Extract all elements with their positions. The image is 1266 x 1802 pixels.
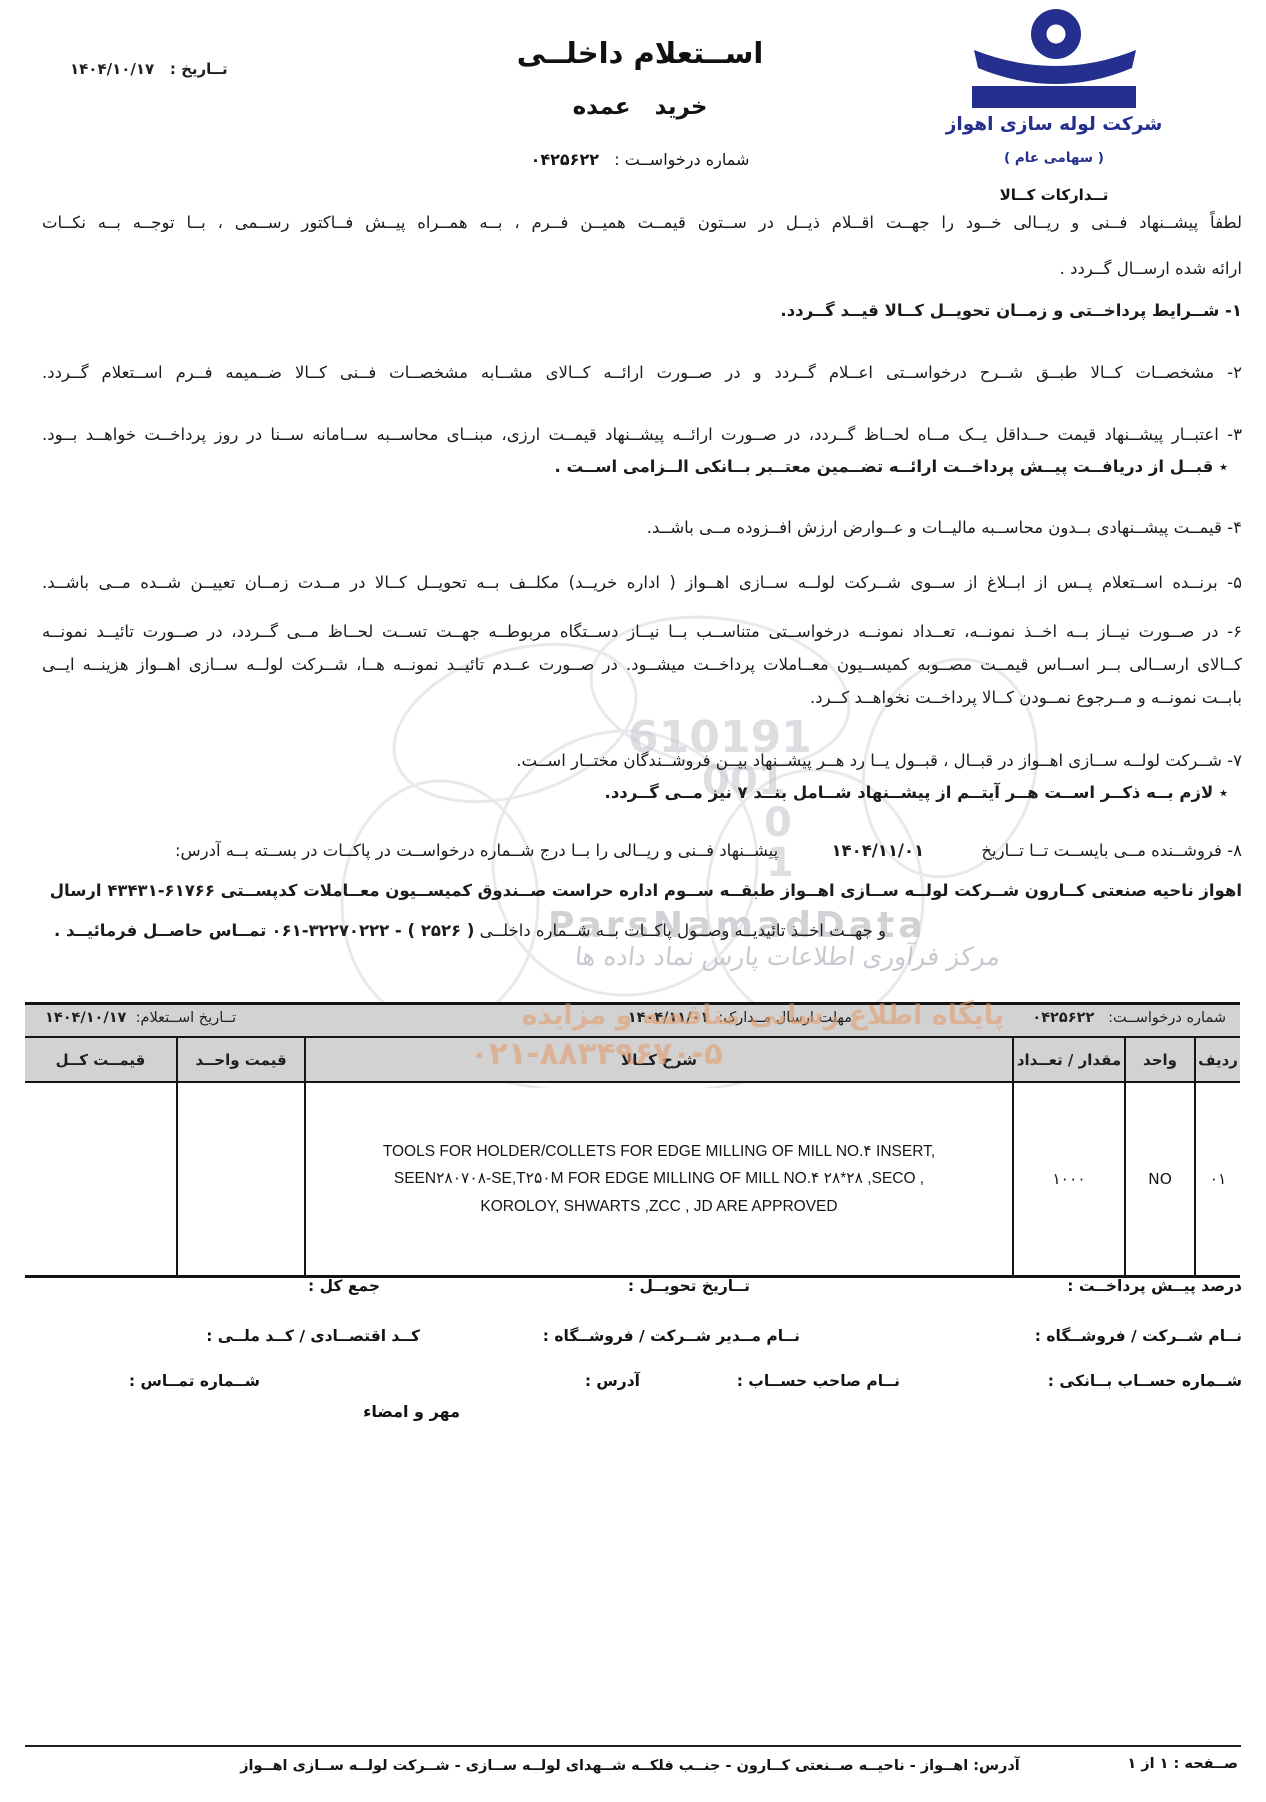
- intro-line-2: ارائه شده ارســال گــردد .: [1060, 258, 1242, 280]
- department-title: تــدارکات کــالا: [938, 186, 1170, 204]
- header-date-value: ۱۴۰۴/۱۰/۱۷: [70, 60, 154, 78]
- col-header-unit-price: قیمت واحــد: [178, 1038, 306, 1081]
- intro-line-1: لطفاً پیشــنهاد فــنی و ریــالی خــود را…: [42, 212, 1242, 234]
- page-subtitle: خرید عمده: [380, 94, 900, 120]
- col-header-row-no: ردیف: [1196, 1038, 1240, 1081]
- info-inquiry-date-value: ۱۴۰۴/۱۰/۱۷: [45, 1010, 126, 1026]
- term-item-8-date: ۱۴۰۴/۱۱/۰۱: [831, 841, 924, 860]
- page-number: صــفحه : ۱ از ۱: [1127, 1756, 1238, 1772]
- inquiry-table: شماره درخواســت: ۰۴۲۵۶۲۲ مهلت ارسال مــد…: [25, 1002, 1240, 1278]
- offer-field-address: آدرس :: [585, 1372, 640, 1390]
- col-header-qty: مقدار / تعــداد: [1014, 1038, 1126, 1081]
- footer-divider: [25, 1745, 1241, 1747]
- offer-field-prepayment: درصد پیــش پرداخــت :: [1067, 1277, 1242, 1295]
- term-item-8-line-1: ۸- فروشــنده مــی بایســت تــا تــاریخ ۱…: [175, 840, 1242, 862]
- footer-address: آدرس: اهــواز - ناحیــه صــنعتی کــارون …: [180, 1758, 1080, 1774]
- term-item-6-line-2: کــالای ارســالی بــر اســاس قیمــت مصــ…: [42, 654, 1242, 676]
- term-item-3-note: ٭ قبــل از دریافــت پیــش پرداخــت ارائـ…: [554, 456, 1228, 478]
- offer-field-account-holder: نــام صاحب حســاب :: [737, 1372, 900, 1390]
- term-item-6-line-3: بابــت نمونــه و مــرجوع نمــودن کــالا …: [810, 687, 1242, 709]
- info-request-number: شماره درخواســت: ۰۴۲۵۶۲۲: [1032, 1010, 1226, 1026]
- term-item-8-line-3-text: و جهــت اخــذ تائیدیــه وصــول پاکــات ب…: [480, 921, 886, 940]
- offer-field-contact: شــماره تمــاس :: [129, 1372, 260, 1390]
- table-header-row: قیمــت کــل قیمت واحــد شرح کــالا مقدار…: [25, 1038, 1240, 1083]
- company-name: شرکت لوله سازی اهواز: [938, 114, 1170, 135]
- term-item-8-text-1: ۸- فروشــنده مــی بایســت تــا تــاریخ: [981, 841, 1242, 860]
- offer-field-manager: نــام مــدیر شــرکت / فروشــگاه :: [543, 1327, 800, 1345]
- stamp-signature-label: مهر و امضاء: [363, 1402, 460, 1421]
- info-deadline-label: مهلت ارسال مــدارک:: [718, 1010, 852, 1026]
- info-deadline: مهلت ارسال مــدارک: ۱۴۰۴/۱۱/۰۱: [628, 1010, 852, 1026]
- request-number-label: شماره درخواســت :: [614, 150, 749, 169]
- term-item-4: ۴- قیمــت پیشــنهادی بــدون محاســبه مال…: [647, 517, 1242, 539]
- info-request-label: شماره درخواســت:: [1108, 1010, 1226, 1026]
- cell-qty: ۱۰۰۰: [1014, 1083, 1126, 1275]
- term-item-8-phone: ( ۲۵۲۶ ) - ۳۲۲۷۰۲۲۲-۰۶۱: [272, 921, 475, 940]
- term-item-2: ۲- مشخصــات کــالا طبــق شــرح درخواســت…: [42, 362, 1242, 384]
- offer-field-economic-code: کــد اقتصــادی / کــد ملــی :: [206, 1327, 420, 1345]
- offer-field-delivery-date: تــاریخ تحویــل :: [628, 1277, 750, 1295]
- table-row: TOOLS FOR HOLDER/COLLETS FOR EDGE MILLIN…: [25, 1083, 1240, 1275]
- offer-field-bank-account: شــماره حســاب بــانکی :: [1048, 1372, 1242, 1390]
- cell-unit: NO: [1126, 1083, 1196, 1275]
- col-header-description: شرح کــالا: [306, 1038, 1014, 1081]
- term-item-8-text-2: پیشــنهاد فــنی و ریــالی را بــا درج شـ…: [175, 841, 778, 860]
- cell-description: TOOLS FOR HOLDER/COLLETS FOR EDGE MILLIN…: [306, 1083, 1014, 1275]
- cell-row-no: ۰۱: [1196, 1083, 1240, 1275]
- table-info-row: شماره درخواســت: ۰۴۲۵۶۲۲ مهلت ارسال مــد…: [25, 1005, 1240, 1038]
- offer-field-grand-total: جمع کل :: [308, 1277, 380, 1295]
- term-item-7: ۷- شــرکت لولــه ســازی اهــواز در قبــا…: [516, 750, 1242, 772]
- term-item-5: ۵- برنــده اســتعلام پــس از ابــلاغ از …: [42, 572, 1242, 594]
- cell-unit-price: [178, 1083, 306, 1275]
- term-item-8-line-3: و جهــت اخــذ تائیدیــه وصــول پاکــات ب…: [54, 920, 886, 942]
- info-request-value: ۰۴۲۵۶۲۲: [1032, 1010, 1094, 1026]
- info-inquiry-date: تــاریخ اســتعلام: ۱۴۰۴/۱۰/۱۷: [45, 1010, 236, 1026]
- request-number-value: ۰۴۲۵۶۲۲: [531, 150, 599, 169]
- page-title: اســتعلام داخلــی: [380, 36, 900, 70]
- watermark-center-text: مرکز فرآوری اطلاعات پارس نماد داده ها: [573, 942, 1001, 971]
- term-item-8-line-2: اهواز ناحیه صنعتی کــارون شــرکت لولــه …: [50, 880, 1242, 902]
- term-item-6-line-1: ۶- در صــورت نیــاز بــه اخــذ نمونــه، …: [42, 621, 1242, 643]
- term-item-8-line-3-end: تمــاس حاصــل فرمائیــد .: [54, 921, 266, 940]
- term-item-3: ۳- اعتبــار پیشــنهاد قیمت حــداقل یــک …: [42, 424, 1242, 446]
- info-deadline-value: ۱۴۰۴/۱۱/۰۱: [628, 1010, 709, 1026]
- col-header-total-price: قیمــت کــل: [25, 1038, 178, 1081]
- company-type: ( سهامی عام ): [938, 150, 1170, 166]
- header-date-label: تــاریخ :: [170, 60, 228, 78]
- request-number: شماره درخواســت : ۰۴۲۵۶۲۲: [380, 150, 900, 169]
- info-inquiry-date-label: تــاریخ اســتعلام:: [136, 1010, 237, 1026]
- document-page: 610191 001 0 1 ParsNamadData مرکز فرآوری…: [0, 0, 1266, 1802]
- offer-field-company: نــام شــرکت / فروشــگاه :: [1035, 1327, 1242, 1345]
- header-date: تــاریخ : ۱۴۰۴/۱۰/۱۷: [70, 60, 290, 78]
- company-logo-icon: [968, 8, 1140, 112]
- term-item-7-note: ٭ لازم بــه ذکــر اســت هــر آیتــم از پ…: [605, 782, 1228, 804]
- cell-total-price: [25, 1083, 178, 1275]
- term-item-1: ۱- شــرایط پرداخــتی و زمــان تحویــل کـ…: [780, 300, 1242, 322]
- col-header-unit: واحد: [1126, 1038, 1196, 1081]
